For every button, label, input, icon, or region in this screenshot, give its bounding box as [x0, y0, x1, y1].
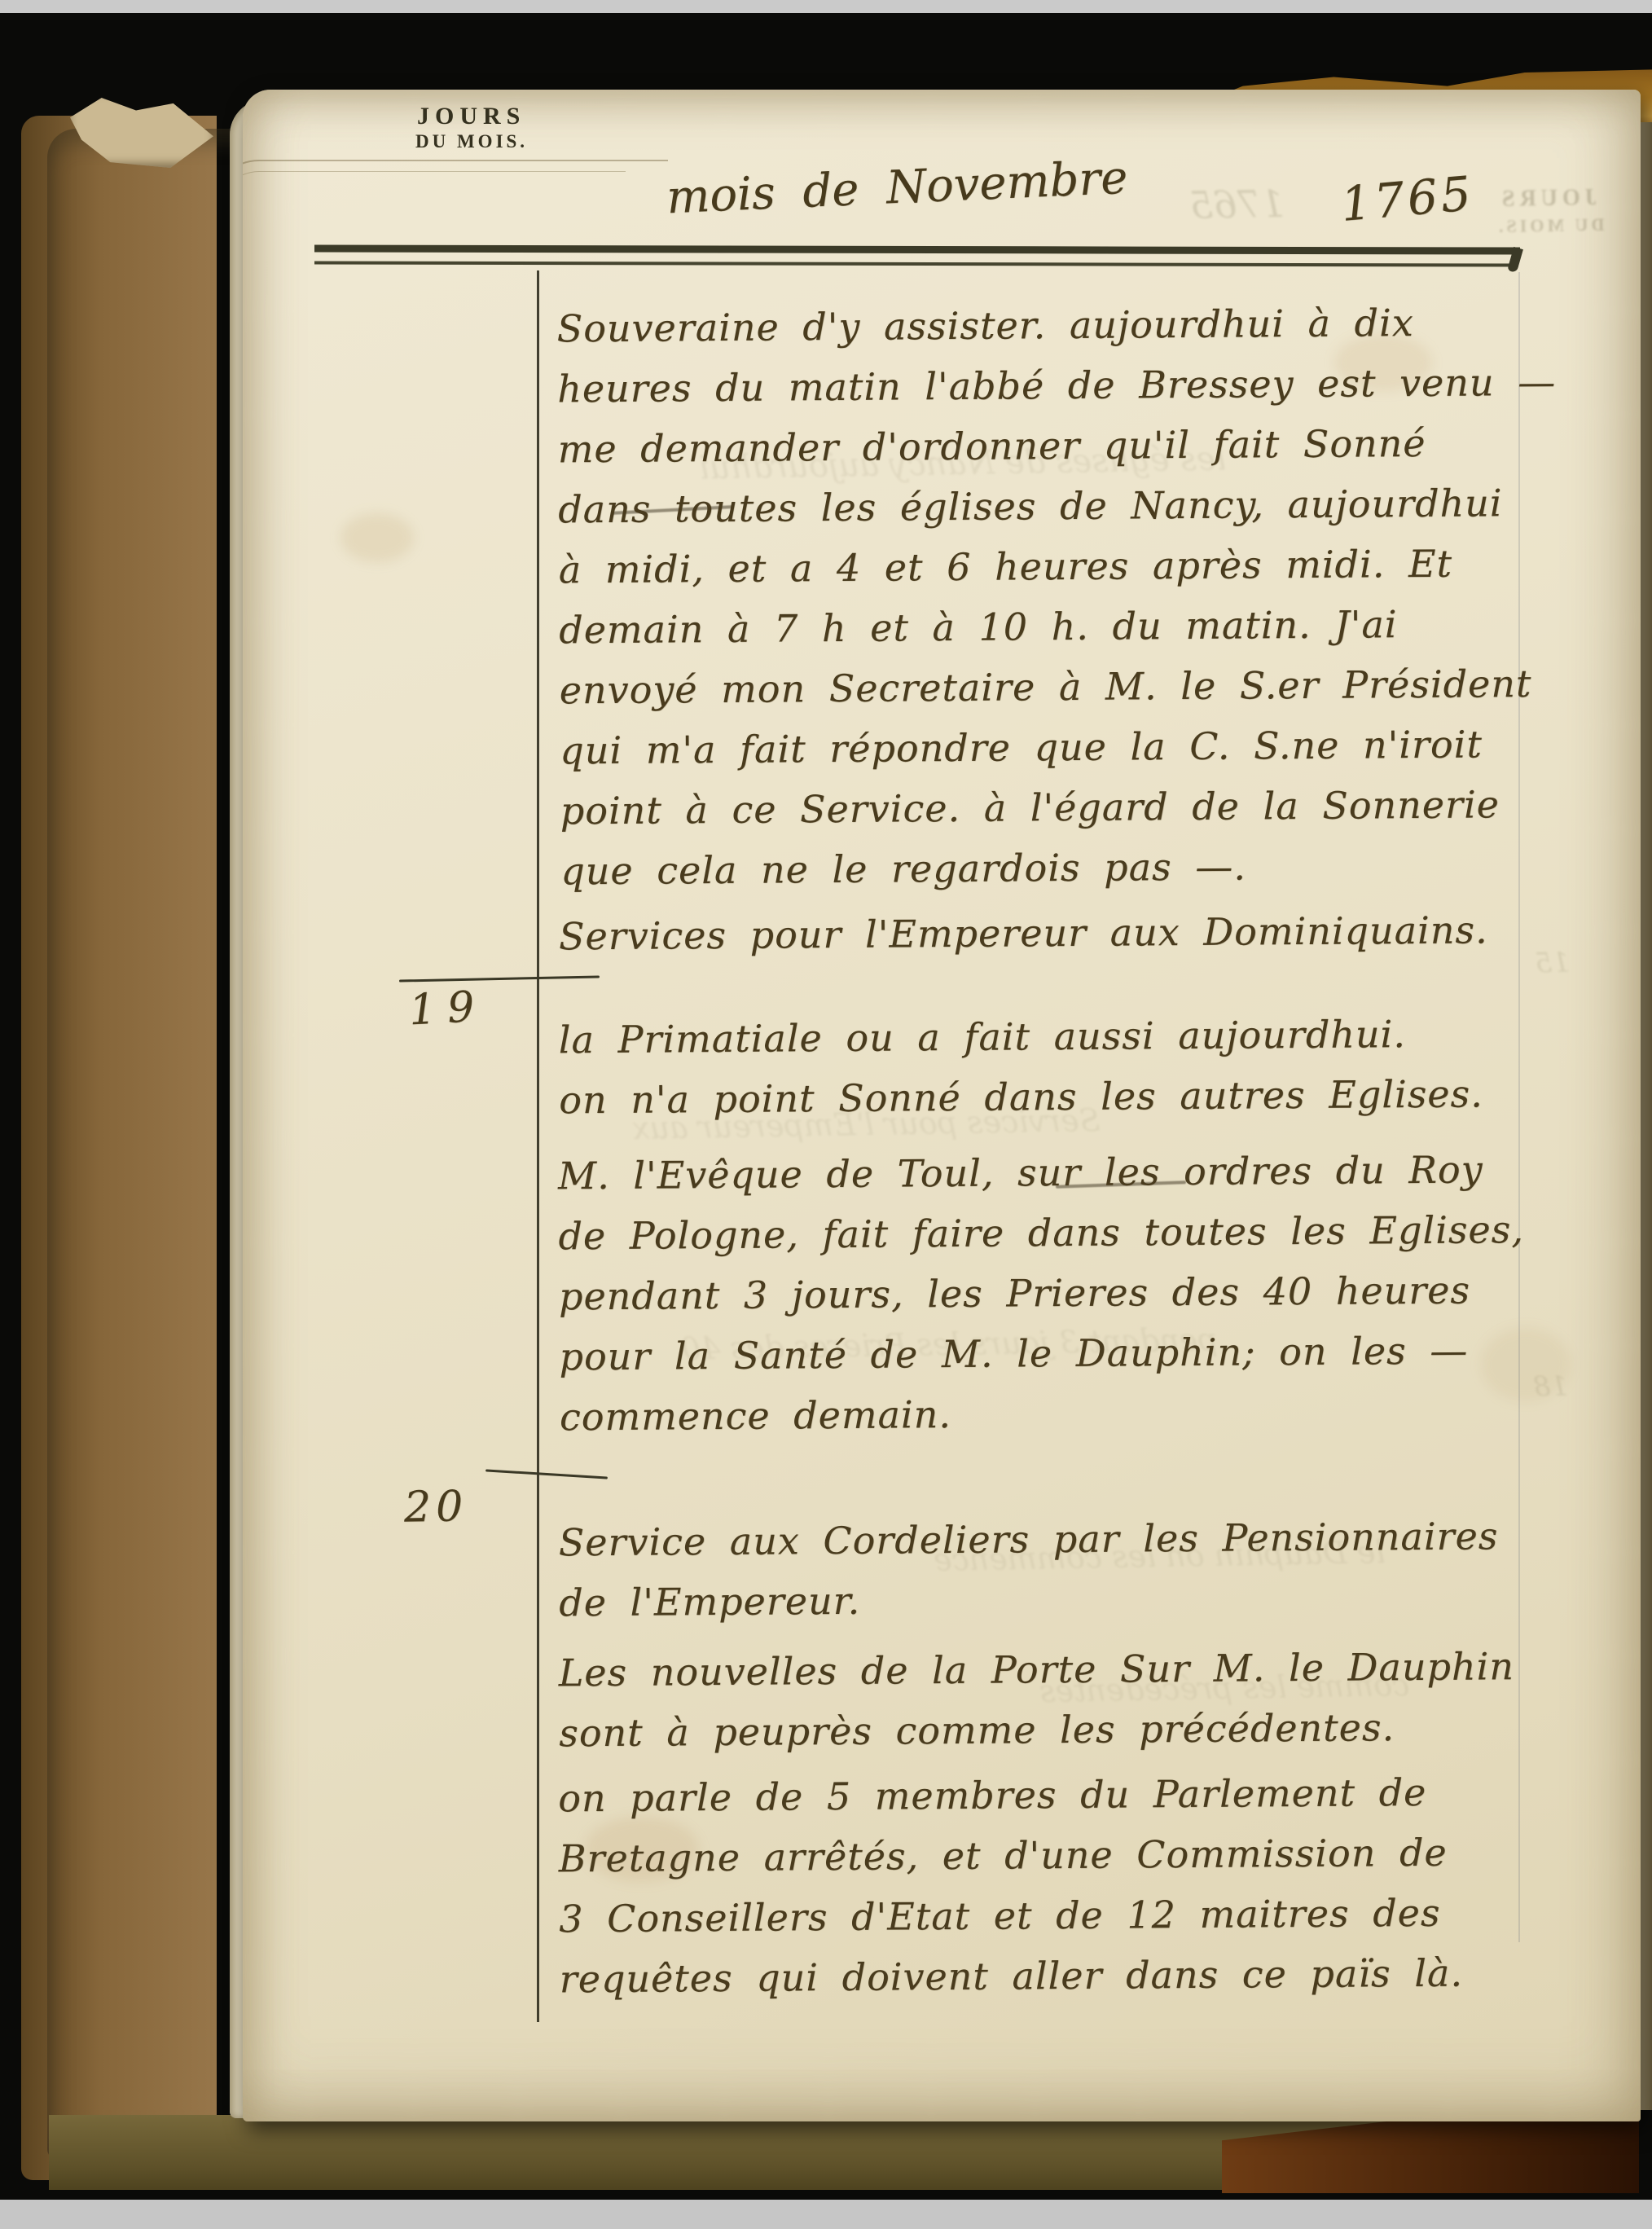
- manuscript-line: envoyé mon Secretaire à M. le S.er Prési…: [560, 653, 1578, 721]
- scanned-book-photo: { "header": { "printed_line1": "JOURS", …: [0, 0, 1652, 2229]
- manuscript-line: à midi, et a 4 et 6 heures après midi. E…: [558, 533, 1576, 600]
- manuscript-line: qui m'a fait répondre que la C. S.ne n'i…: [560, 714, 1578, 781]
- manuscript-line: la Primatiale ou a fait aussi aujourdhui…: [558, 1003, 1576, 1071]
- scanner-strip-bottom: [0, 2200, 1652, 2229]
- manuscript-line: pendant 3 jours, les Prieres des 40 heur…: [559, 1260, 1577, 1327]
- day-column-rule: [537, 270, 539, 2022]
- day-number-20: 20: [403, 1482, 468, 1532]
- entry-separator-line: [485, 1469, 608, 1479]
- manuscript-paragraph: Souveraine d'y assister. aujourdhui à di…: [556, 292, 1579, 902]
- manuscript-paragraph: on parle de 5 membres du Parlement deBre…: [558, 1761, 1578, 2010]
- manuscript-line: Bretagne arrêtés, et d'une Commission de: [558, 1822, 1576, 1889]
- ghost-text: 15: [1535, 947, 1571, 980]
- manuscript-line: commence demain.: [560, 1380, 1578, 1448]
- header-year-handwritten: 1765: [1338, 165, 1476, 232]
- manuscript-line: Souveraine d'y assister. aujourdhui à di…: [556, 292, 1575, 359]
- day-number-19: 19: [407, 983, 486, 1035]
- manuscript-line: Services pour l'Empereur aux Dominiquain…: [559, 899, 1577, 967]
- manuscript-line: demain à 7 h et à 10 h. du matin. J'ai: [559, 593, 1577, 661]
- entry-separator-line: [399, 975, 600, 982]
- header-rule-thin: [314, 261, 1518, 266]
- foxing-spot: [341, 513, 414, 562]
- printed-header-jours: JOURS: [417, 103, 525, 130]
- manuscript-line: heures du matin l'abbé de Bressey est ve…: [557, 352, 1575, 420]
- scanner-strip-top: [0, 0, 1652, 13]
- manuscript-line: requêtes qui doivent aller dans ce païs …: [560, 1942, 1578, 2010]
- ghost-text: JOURS: [1497, 185, 1597, 213]
- gutter-page-edges: [1639, 122, 1652, 2110]
- header-month-handwritten: mois de Novembre: [666, 152, 1129, 225]
- page-corner-arc: [243, 171, 626, 229]
- header-rule-thick: [314, 244, 1520, 254]
- ghost-text: DU MOIS.: [1496, 214, 1605, 237]
- manuscript-page: JOURS DU MOIS. mois de Novembre 1765 19 …: [243, 90, 1641, 2121]
- manuscript-line: de Pologne, fait faire dans toutes les E…: [558, 1199, 1576, 1267]
- manuscript-line: 3 Conseillers d'Etat et de 12 maitres de…: [559, 1882, 1577, 1950]
- manuscript-paragraph: M. l'Evêque de Toul, sur les ordres du R…: [558, 1139, 1579, 1448]
- manuscript-line: on parle de 5 membres du Parlement de: [558, 1761, 1576, 1829]
- printed-header-du-mois: DU MOIS.: [415, 131, 528, 152]
- manuscript-line: M. l'Evêque de Toul, sur les ordres du R…: [558, 1139, 1576, 1207]
- ghost-text: Services pour l'Empereur aux: [632, 1102, 1101, 1146]
- manuscript-line: de l'Empereur.: [559, 1566, 1577, 1633]
- manuscript-line: point à ce Service. à l'égard de la Sonn…: [560, 774, 1579, 842]
- ghost-text: 1765: [1189, 182, 1285, 227]
- manuscript-paragraph: Services pour l'Empereur aux Dominiquain…: [559, 899, 1577, 967]
- manuscript-line: que cela ne le regardois pas —.: [560, 834, 1579, 902]
- ghost-text: 18: [1533, 1370, 1569, 1404]
- ghost-text: comme les précédentes: [1039, 1667, 1410, 1709]
